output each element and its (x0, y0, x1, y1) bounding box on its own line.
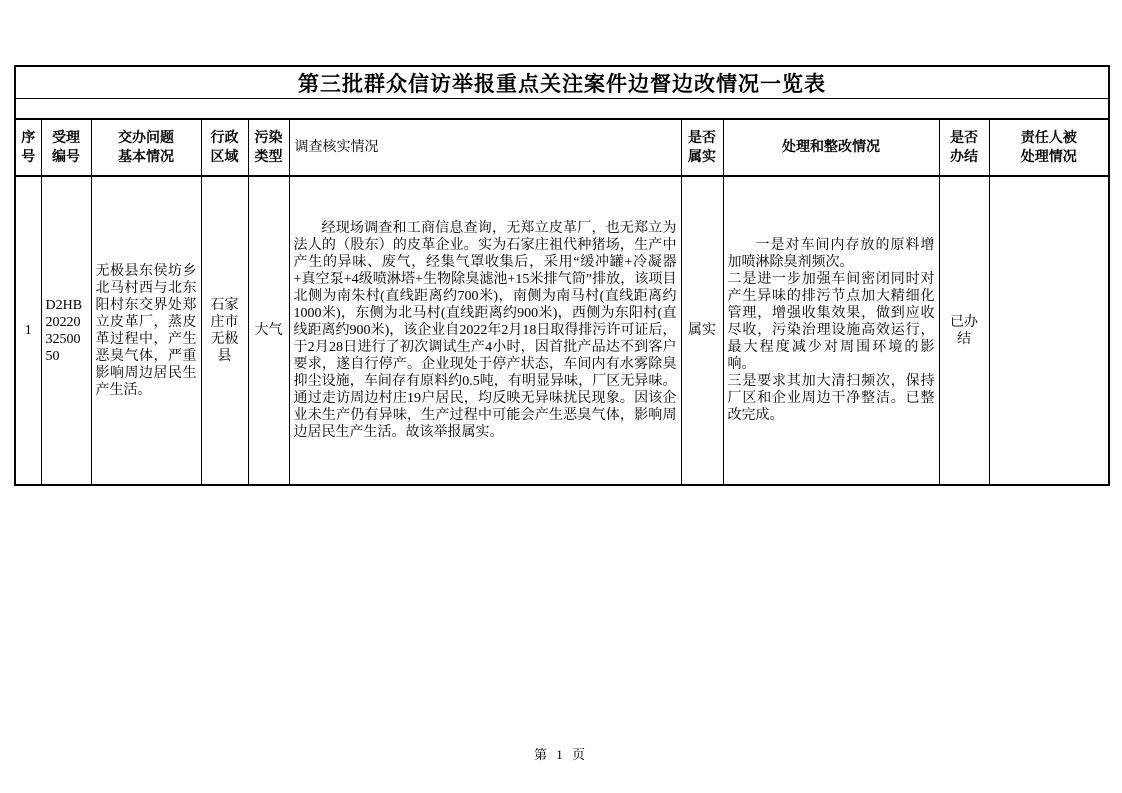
header-handling: 处理和整改情况 (723, 119, 939, 176)
header-investigation: 调查核实情况 (289, 119, 681, 176)
table-title: 第三批群众信访举报重点关注案件边督边改情况一览表 (15, 66, 1109, 99)
spacer-cell (15, 99, 1109, 120)
table-row: 1 D2HB202203250050 无极县东侯坊乡北马村西与北东阳村东交界处郑… (15, 176, 1109, 485)
handling-paragraph-1: 一是对车间内存放的原料增加喷淋除臭剂频次。 (728, 237, 935, 271)
investigation-paragraph: 经现场调查和工商信息查询，无郑立皮革厂，也无郑立为法人的（股东）的皮革企业。实为… (294, 220, 677, 441)
cell-pollution-type: 大气 (248, 176, 289, 485)
cell-responsibility (989, 176, 1109, 485)
cell-seq: 1 (15, 176, 41, 485)
cell-handling: 一是对车间内存放的原料增加喷淋除臭剂频次。 二是进一步加强车间密闭同时对产生异味… (723, 176, 939, 485)
title-row: 第三批群众信访举报重点关注案件边督边改情况一览表 (15, 66, 1109, 99)
cell-verified: 属实 (681, 176, 723, 485)
header-seq: 序 号 (15, 119, 41, 176)
header-verified: 是否 属实 (681, 119, 723, 176)
header-row: 序 号 受理 编号 交办问题 基本情况 行政 区域 污染 类型 调查核实情况 是… (15, 119, 1109, 176)
header-completed: 是否 办结 (939, 119, 989, 176)
handling-paragraph-3: 三是要求其加大清扫频次，保持厂区和企业周边干净整洁。已整改完成。 (728, 373, 935, 424)
spacer-row (15, 99, 1109, 120)
cell-problem: 无极县东侯坊乡北马村西与北东阳村东交界处郑立皮革厂，蒸皮革过程中，产生恶臭气体，… (91, 176, 201, 485)
cell-completed: 已办结 (939, 176, 989, 485)
handling-paragraph-2: 二是进一步加强车间密闭同时对产生异味的排污节点加大精细化管理，增强收集效果，做到… (728, 271, 935, 373)
header-region: 行政 区域 (201, 119, 248, 176)
header-problem: 交办问题 基本情况 (91, 119, 201, 176)
page-number: 第 1 页 (0, 744, 1122, 763)
document-page: 第三批群众信访举报重点关注案件边督边改情况一览表 序 号 受理 编号 交办问题 … (0, 0, 1122, 793)
cell-investigation: 经现场调查和工商信息查询，无郑立皮革厂，也无郑立为法人的（股东）的皮革企业。实为… (289, 176, 681, 485)
header-case-no: 受理 编号 (41, 119, 91, 176)
cell-case-no: D2HB202203250050 (41, 176, 91, 485)
cell-region: 石家庄市无极县 (201, 176, 248, 485)
header-responsibility: 责任人被 处理情况 (989, 119, 1109, 176)
header-pollution-type: 污染 类型 (248, 119, 289, 176)
report-table: 第三批群众信访举报重点关注案件边督边改情况一览表 序 号 受理 编号 交办问题 … (14, 65, 1110, 486)
